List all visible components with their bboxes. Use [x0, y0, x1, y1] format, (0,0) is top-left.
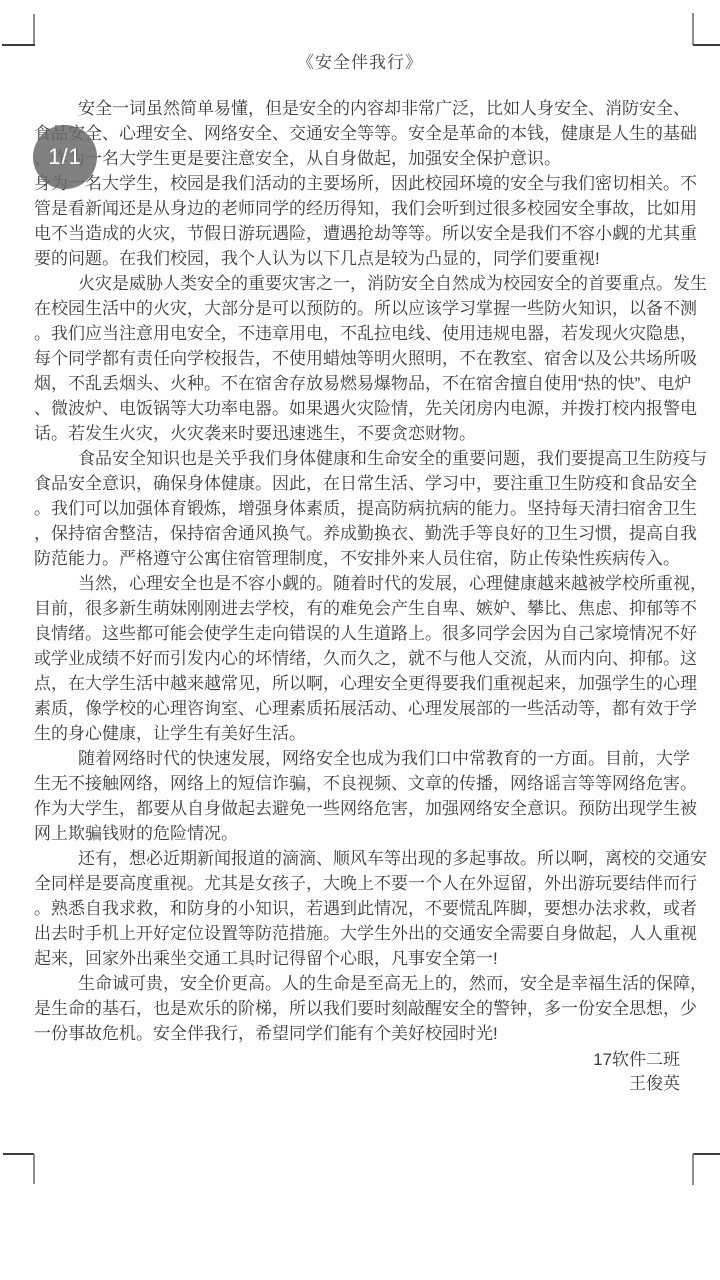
- text-line: 安全一词虽然简单易懂，但是安全的内容却非常广泛，比如人身安全、消防安全、: [34, 96, 702, 121]
- text-line: 。我们应当注意用电安全，不违章用电，不乱拉电线、使用违规电器，若发现火灾隐患，: [34, 321, 702, 346]
- signature-block: 17软件二班 王俊英: [593, 1048, 680, 1096]
- page-indicator-label: 1/1: [48, 144, 82, 170]
- text-line: 。熟悉自我求救，和防身的小知识，若遇到此情况，不要慌乱阵脚，要想办法求救，或者: [34, 896, 702, 921]
- text-line: 身为一名大学生，校园是我们活动的主要场所，因此校园环境的安全与我们密切相关。不: [34, 171, 702, 196]
- crop-mark-line: [33, 14, 35, 45]
- text-line: 在校园生活中的火灾，大部分是可以预防的。所以应该学习掌握一些防火知识，以备不测: [34, 296, 702, 321]
- text-line: 网上欺骗钱财的危险情况。: [34, 821, 702, 846]
- crop-mark-line: [693, 44, 720, 46]
- signature-class: 17软件二班: [593, 1048, 680, 1072]
- scanned-document-page: 《安全伴我行》 1/1 安全一词虽然简单易懂，但是安全的内容却非常广泛，比如人身…: [0, 0, 720, 1280]
- text-line: 素质，像学校的心理咨询室、心理素质拓展活动、心理发展部的一些活动等，都有效于学: [34, 696, 702, 721]
- text-line: 或学业成绩不好而引发内心的坏情绪，久而久之，就不与他人交流，从而内向、抑郁。这: [34, 646, 702, 671]
- document-body: 安全一词虽然简单易懂，但是安全的内容却非常广泛，比如人身安全、消防安全、食品安全…: [34, 96, 702, 1046]
- text-line: 是生命的基石，也是欢乐的阶梯，所以我们要时刻敲醒安全的警钟，多一份安全思想，少: [34, 996, 702, 1021]
- page-indicator-badge: 1/1: [33, 125, 97, 189]
- text-line: 。我们可以加强体育锻炼，增强身体素质，提高防病抗病的能力。坚持每天清扫宿舍卫生: [34, 496, 702, 521]
- crop-mark-line: [3, 1153, 34, 1155]
- text-line: ，保持宿舍整洁，保持宿舍通风换气。养成勤换衣、勤洗手等良好的卫生习惯，提高自我: [34, 521, 702, 546]
- text-line: 生的身心健康，让学生有美好生活。: [34, 721, 702, 746]
- text-line: 出去时手机上开好定位设置等防范措施。大学生外出的交通安全需要自身做起，人人重视: [34, 921, 702, 946]
- text-line: 还有，想必近期新闻报道的滴滴、顺风车等出现的多起事故。所以啊，离校的交通安: [34, 846, 702, 871]
- text-line: 每个同学都有责任向学校报告，不使用蜡烛等明火照明，不在教室、宿舍以及公共场所吸: [34, 346, 702, 371]
- text-line: 食品安全、心理安全、网络安全、交通安全等等。安全是革命的本钱，健康是人生的基础: [34, 121, 702, 146]
- text-line: 话。若发生火灾，火灾袭来时要迅速逃生，不要贪恋财物。: [34, 421, 702, 446]
- crop-mark-line: [692, 1154, 694, 1185]
- text-line: 生无不接触网络，网络上的短信诈骗，不良视频、文章的传播，网络谣言等等网络危害。: [34, 771, 702, 796]
- text-line: 防范能力。严格遵守公寓住宿管理制度，不安排外来人员住宿，防止传染性疾病传入。: [34, 546, 702, 571]
- text-line: 食品安全知识也是关乎我们身体健康和生命安全的重要问题，我们要提高卫生防疫与: [34, 446, 702, 471]
- text-line: 、作为一名大学生更是要注意安全，从自身做起，加强安全保护意识。: [34, 146, 702, 171]
- document-title: 《安全伴我行》: [0, 48, 720, 73]
- text-line: 随着网络时代的快速发展，网络安全也成为我们口中常教育的一方面。目前，大学: [34, 746, 702, 771]
- crop-mark-line: [2, 44, 35, 46]
- text-line: 生命诚可贵，安全价更高。人的生命是至高无上的，然而，安全是幸福生活的保障，: [34, 971, 702, 996]
- text-line: 起来，回家外出乘坐交通工具时记得留个心眼，凡事安全第一!: [34, 946, 702, 971]
- text-line: 要的问题。在我们校园，我个人认为以下几点是较为凸显的，同学们要重视!: [34, 246, 702, 271]
- text-line: 食品安全意识，确保身体健康。因此，在日常生活、学习中，要注重卫生防疫和食品安全: [34, 471, 702, 496]
- text-line: 烟，不乱丢烟头、火种。不在宿舍存放易燃易爆物品，不在宿舍擅自使用“热的快”、电炉: [34, 371, 702, 396]
- text-line: 目前，很多新生萌妹刚刚进去学校，有的难免会产生自卑、嫉妒、攀比、焦虑、抑郁等不: [34, 596, 702, 621]
- text-line: 作为大学生，都要从自身做起去避免一些网络危害，加强网络安全意识。预防出现学生被: [34, 796, 702, 821]
- crop-mark-line: [692, 13, 694, 45]
- text-line: 当然，心理安全也是不容小觑的。随着时代的发展，心理健康越来越被学校所重视，: [34, 571, 702, 596]
- crop-mark-line: [33, 1154, 35, 1184]
- text-line: 电不当造成的火灾，节假日游玩遇险，遭遇抢劫等等。所以安全是我们不容小觑的尤其重: [34, 221, 702, 246]
- text-line: 一份事故危机。安全伴我行，希望同学们能有个美好校园时光!: [34, 1021, 702, 1046]
- signature-name: 王俊英: [593, 1072, 680, 1096]
- crop-mark-line: [693, 1153, 720, 1155]
- text-line: 、微波炉、电饭锅等大功率电器。如果遇火灾险情，先关闭房内电源，并拨打校内报警电: [34, 396, 702, 421]
- text-line: 点，在大学生活中越来越常见，所以啊，心理安全更得要我们重视起来，加强学生的心理: [34, 671, 702, 696]
- text-line: 管是看新闻还是从身边的老师同学的经历得知，我们会听到过很多校园安全事故，比如用: [34, 196, 702, 221]
- text-line: 火灾是威胁人类安全的重要灾害之一，消防安全自然成为校园安全的首要重点。发生: [34, 271, 702, 296]
- text-line: 良情绪。这些都可能会使学生走向错误的人生道路上。很多同学会因为自己家境情况不好: [34, 621, 702, 646]
- text-line: 全同样是要高度重视。尤其是女孩子，大晚上不要一个人在外逗留，外出游玩要结伴而行: [34, 871, 702, 896]
